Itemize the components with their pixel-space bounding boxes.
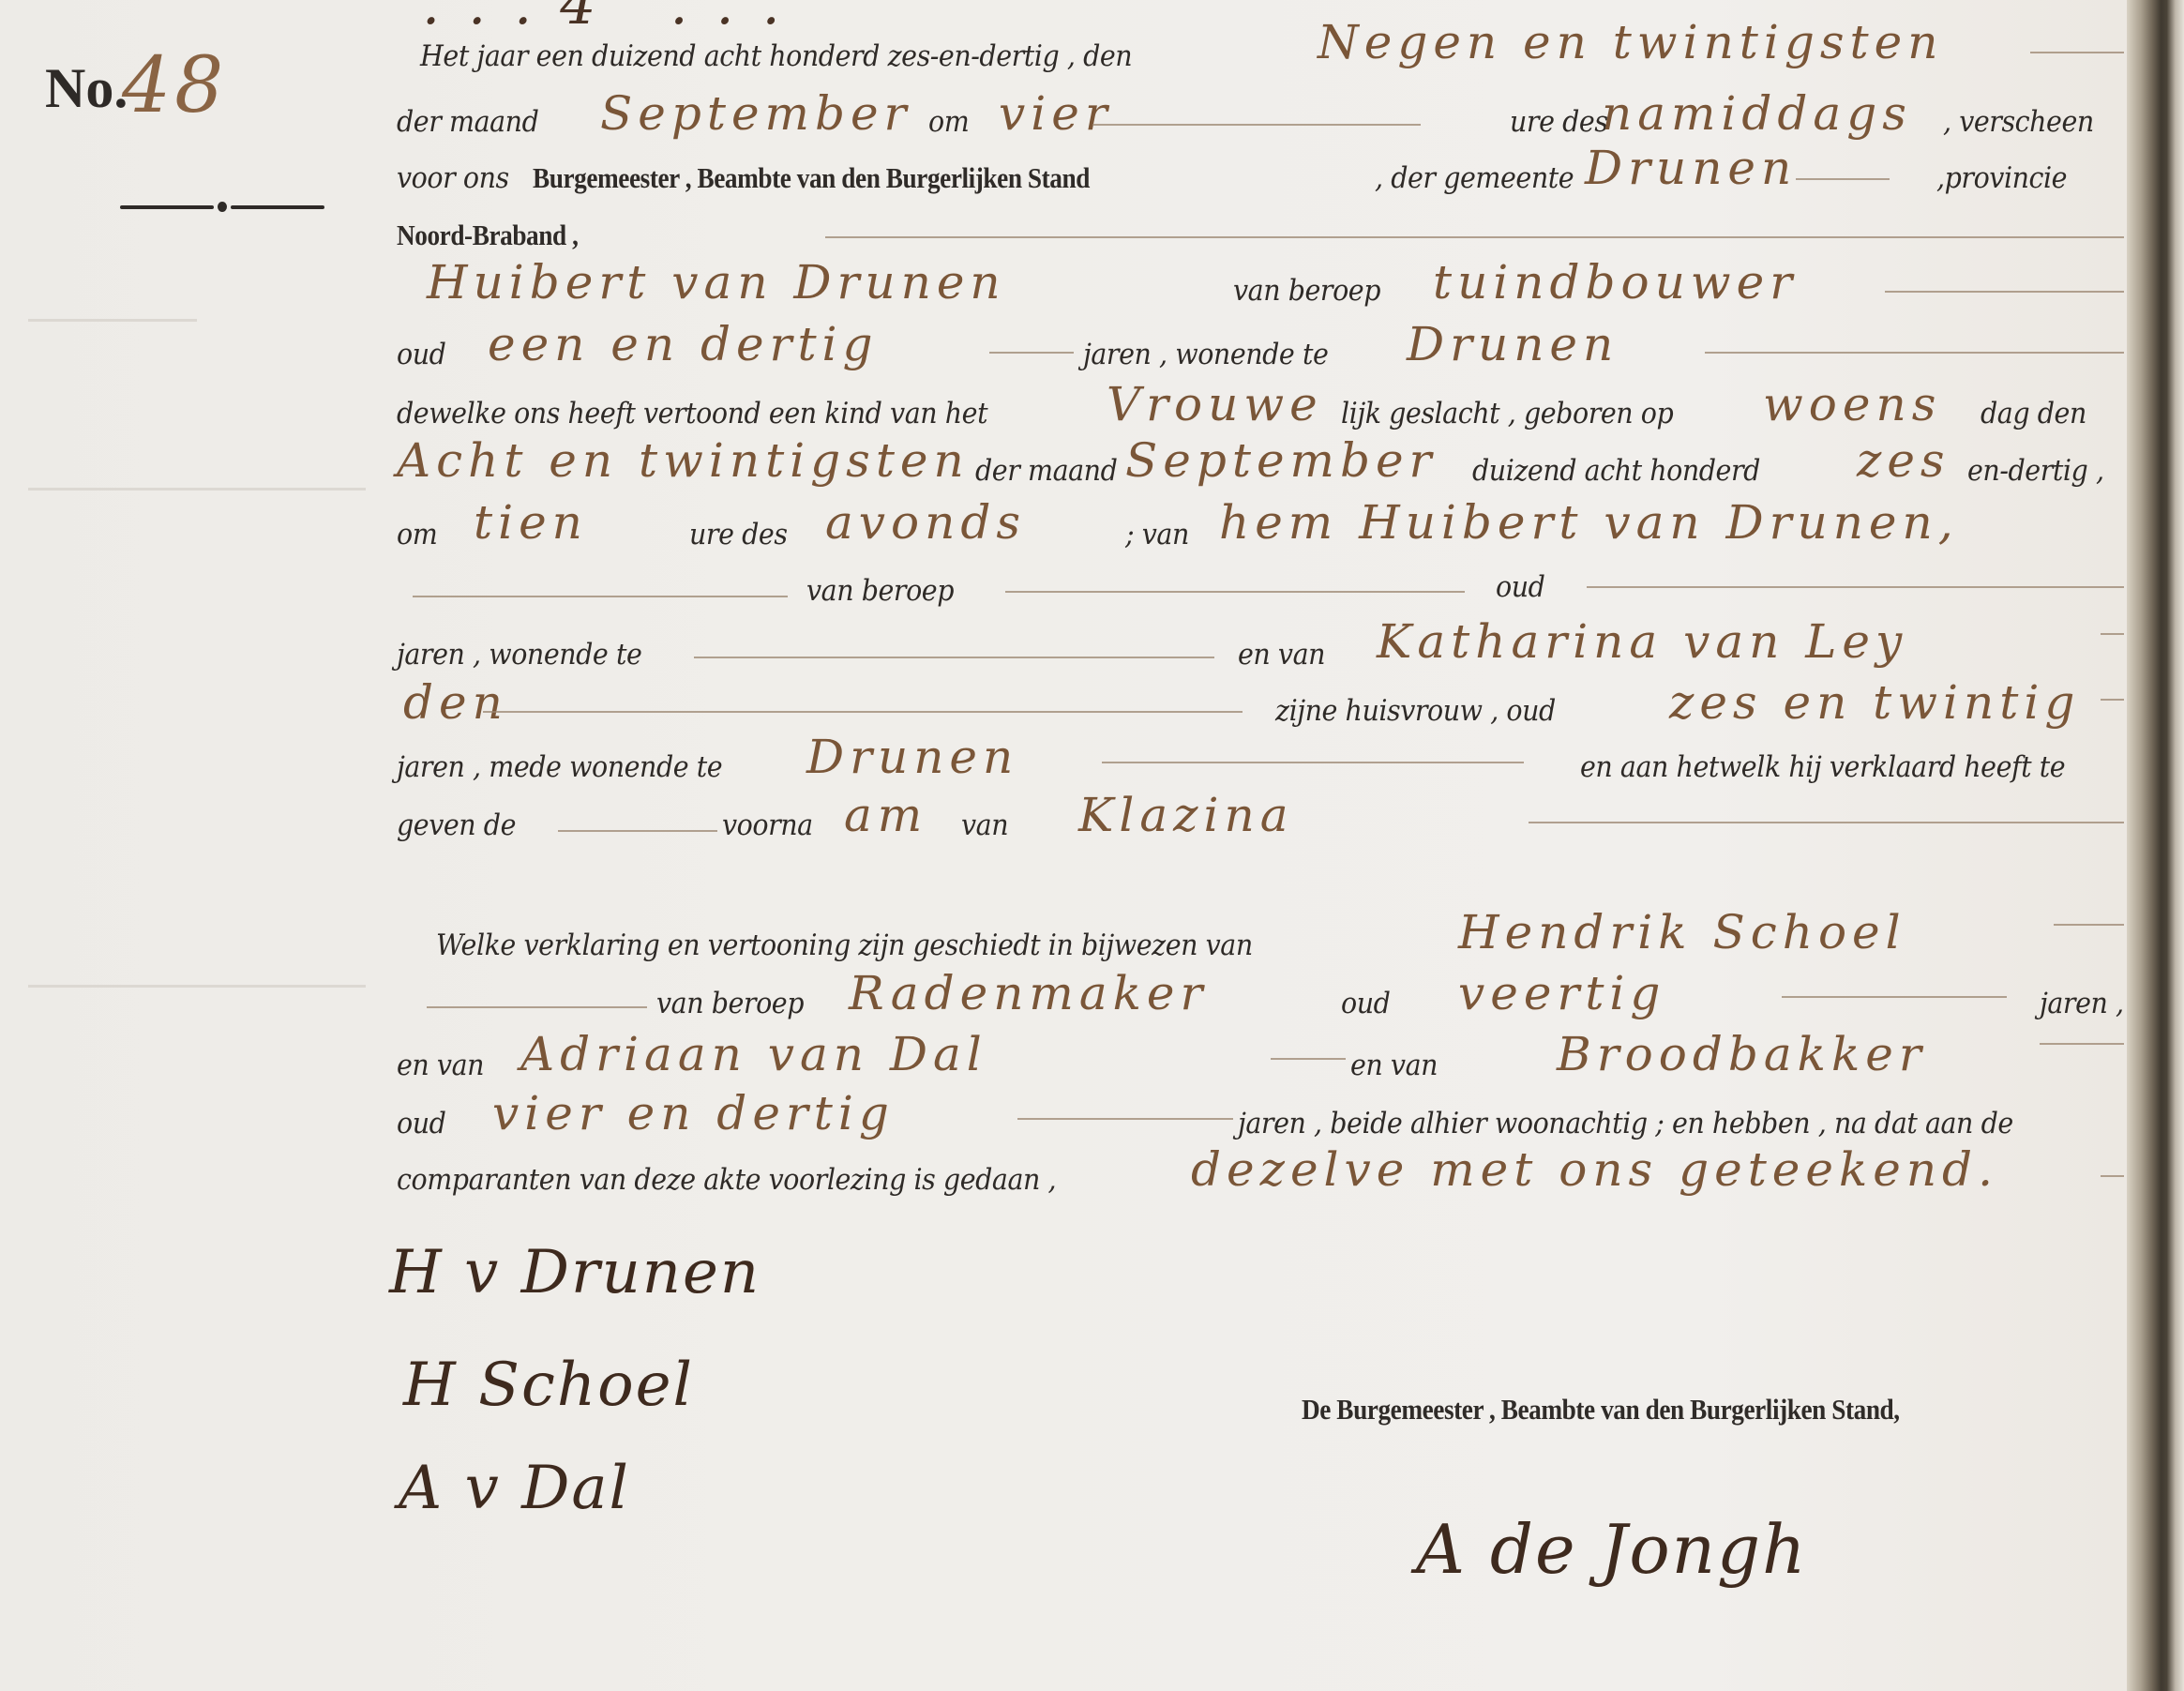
printed-text: voor ons — [397, 161, 509, 195]
printed-text: oud — [1341, 987, 1390, 1020]
top-cutoff-handwriting: ...4 ... — [422, 0, 808, 38]
handwritten-witness2-name: Adriaan van Dal — [520, 1027, 987, 1081]
handwritten-mother-age: zes en twintig — [1669, 675, 2080, 730]
handwritten-child-sex: Vrouwe — [1107, 377, 1323, 431]
printed-text: oud — [397, 1107, 445, 1140]
printed-text: jaren , wonende te — [1083, 338, 1328, 371]
handwritten-birth-day: Acht en twintigsten — [397, 433, 970, 488]
ornament-divider-icon — [120, 201, 326, 214]
printed-text: van beroep — [806, 574, 954, 608]
printed-text: der maand — [397, 105, 538, 139]
record-number-label: No. — [45, 56, 128, 121]
printed-text: lijk geslacht , geboren op — [1341, 397, 1673, 430]
handwritten-witness1-name: Hendrik Schoel — [1458, 905, 1906, 959]
handwritten-witness2-age: vier en dertig — [492, 1086, 895, 1140]
handwritten-day: Negen en twintigsten — [1318, 15, 1943, 69]
printed-text: van beroep — [1233, 274, 1380, 308]
printed-text: , verscheen — [1943, 105, 2094, 139]
printed-text: jaren , beide alhier woonachtig ; en heb… — [1238, 1107, 2013, 1140]
printed-text: Het jaar een duizend acht honderd zes-en… — [420, 39, 1132, 73]
printed-text: Noord-Braband , — [397, 219, 578, 252]
printed-text: geven de — [397, 808, 516, 842]
printed-text: zijne huisvrouw , oud — [1275, 694, 1556, 728]
handwritten-hour: vier — [999, 86, 1113, 141]
handwritten-birth-year: zes — [1857, 433, 1951, 488]
printed-text: en-dertig , — [1967, 454, 2104, 488]
handwritten-closing: dezelve met ons geteekend. — [1191, 1142, 1998, 1197]
printed-text: Burgemeester , Beambte van den Burgerlij… — [533, 161, 1090, 195]
printed-text: en van — [397, 1049, 484, 1082]
printed-text: oud — [397, 338, 445, 371]
handwritten-birth-hour: tien — [474, 495, 588, 550]
handwritten-mother-residence: Drunen — [806, 730, 1018, 784]
printed-text: en van — [1350, 1049, 1438, 1082]
handwritten-month: September — [600, 86, 911, 141]
handwritten-father-reference: hem Huibert van Drunen, — [1219, 495, 1959, 550]
handwritten-child-name: Klazina — [1078, 788, 1294, 842]
handwritten-birth-month: September — [1125, 433, 1437, 488]
printed-text: om — [397, 518, 437, 551]
handwritten-father-age: een en dertig — [488, 317, 879, 371]
printed-text: ure des — [1510, 105, 1608, 139]
handwritten-father-residence: Drunen — [1407, 317, 1619, 371]
printed-text: van beroep — [656, 987, 804, 1020]
book-binding-edge — [2127, 0, 2184, 1691]
handwritten-witness2-occupation: Broodbakker — [1557, 1027, 1927, 1081]
document-page: ...4 ... No. 48 Het jaar een duizend ach… — [0, 0, 2129, 1691]
printed-text: der maand — [975, 454, 1117, 488]
printed-text: Welke verklaring en vertooning zijn gesc… — [436, 929, 1253, 962]
handwritten-mother-name-cont: den — [403, 675, 508, 730]
handwritten-witness1-age: veertig — [1458, 966, 1665, 1020]
handwritten-weekday: woens — [1763, 377, 1941, 431]
signature-witness-2: A v Dal — [399, 1454, 630, 1523]
record-number-value: 48 — [122, 41, 227, 130]
printed-text: en aan hetwelk hij verklaard heeft te — [1580, 750, 2065, 784]
printed-text: dag den — [1981, 397, 2086, 430]
handwritten-father-name: Huibert van Drunen — [427, 255, 1006, 310]
handwritten-birth-daypart: avonds — [825, 495, 1026, 550]
printed-text: jaren , — [2040, 987, 2124, 1020]
signature-witness-1: H Schoel — [403, 1351, 694, 1420]
printed-text: comparanten van deze akte voorlezing is … — [397, 1163, 1056, 1197]
printed-text: oud — [1496, 570, 1544, 604]
printed-text: van — [961, 808, 1008, 842]
printed-text: jaren , wonende te — [397, 638, 641, 672]
official-title: De Burgemeester , Beambte van den Burger… — [1302, 1393, 1900, 1427]
printed-text: duizend acht honderd — [1472, 454, 1760, 488]
printed-text: jaren , mede wonende te — [397, 750, 722, 784]
handwritten-municipality: Drunen — [1585, 141, 1797, 195]
signature-father: H v Drunen — [389, 1238, 761, 1307]
printed-text: ; van — [1125, 518, 1189, 551]
printed-text: ure des — [689, 518, 788, 551]
handwritten-witness1-occupation: Radenmaker — [849, 966, 1208, 1020]
printed-text: , der gemeente — [1375, 161, 1574, 195]
handwritten-father-occupation: tuindbouwer — [1433, 255, 1798, 310]
printed-text: voorna — [722, 808, 813, 842]
printed-text: om — [928, 105, 969, 139]
printed-text: ,provincie — [1936, 161, 2067, 195]
handwritten-mother-name: Katharina van Ley — [1377, 614, 1907, 669]
handwritten-am: am — [844, 788, 927, 842]
handwritten-daypart: namiddags — [1602, 86, 1912, 141]
printed-text: dewelke ons heeft vertoond een kind van … — [397, 397, 987, 430]
signature-official: A de Jongh — [1416, 1510, 1808, 1589]
printed-text: en van — [1238, 638, 1325, 672]
